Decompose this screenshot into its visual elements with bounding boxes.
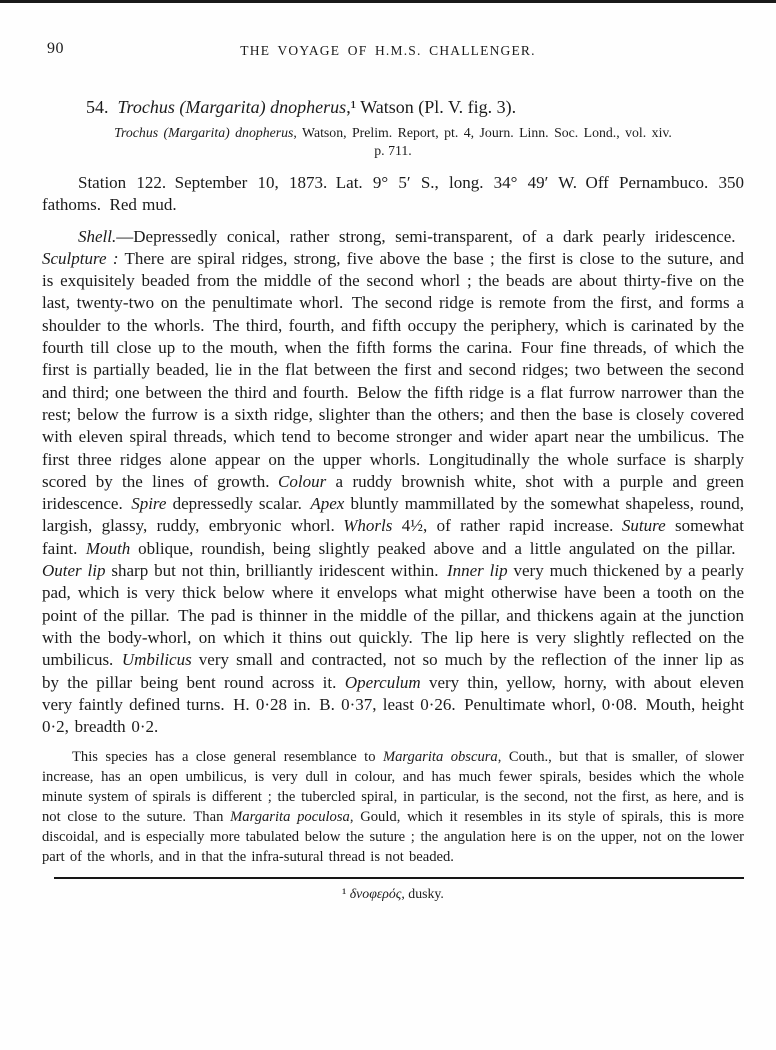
comparison-paragraph: This species has a close general resembl…	[42, 747, 744, 867]
running-title: THE VOYAGE OF H.M.S. CHALLENGER.	[240, 43, 535, 58]
citation-page-ref: p. 711.	[42, 143, 744, 159]
station-paragraph: Station 122. September 10, 1873. Lat. 9°…	[42, 172, 744, 217]
citation-line: Trochus (Margarita) dnopherus, Watson, P…	[42, 125, 744, 141]
footnote: ¹ δνοφερός, dusky.	[42, 886, 744, 902]
description-paragraph: Shell.—Depressedly conical, rather stron…	[42, 226, 744, 739]
book-page: 90 THE VOYAGE OF H.M.S. CHALLENGER. 54. …	[0, 0, 776, 1050]
page-number: 90	[47, 40, 64, 58]
footnote-rule	[54, 877, 744, 879]
page-body: 54. Trochus (Margarita) dnopherus,¹ Wats…	[42, 97, 744, 902]
page-header: 90 THE VOYAGE OF H.M.S. CHALLENGER.	[0, 0, 776, 60]
species-heading: 54. Trochus (Margarita) dnopherus,¹ Wats…	[42, 97, 744, 118]
